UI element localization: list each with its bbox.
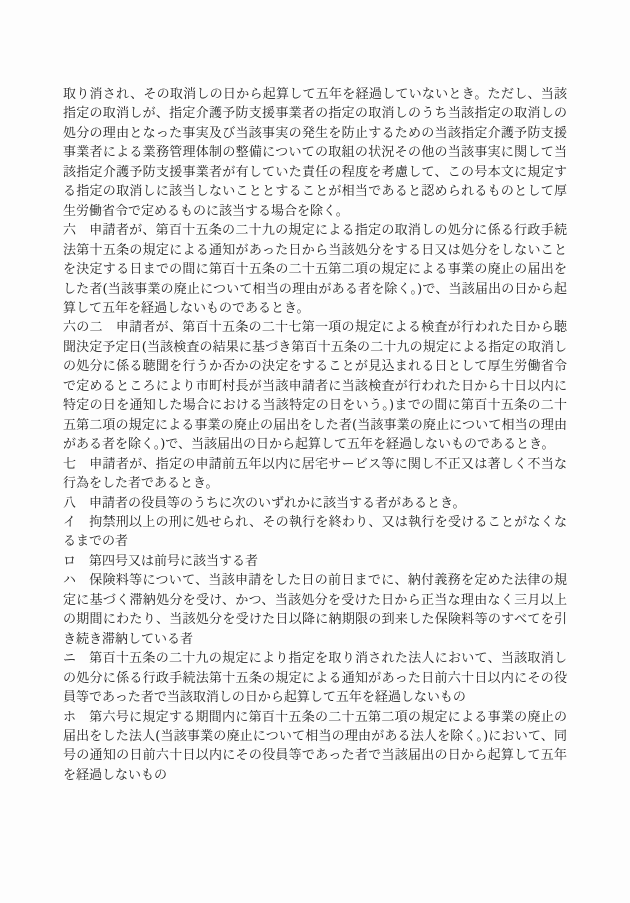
item-label: ハ xyxy=(63,573,76,588)
paragraph-item-ho: ホ第六号に規定する期間内に第百十五条の二十五第二項の規定による事業の廃止の届出を… xyxy=(63,708,567,786)
paragraph-item-6: 六申請者が、第百十五条の二十九の規定による指定の取消しの処分に係る行政手続法第十… xyxy=(63,221,567,318)
paragraph-text: 取り消され、その取消しの日から起算して五年を経過していないとき。ただし、当該指定… xyxy=(63,87,567,219)
paragraph-text: 第百十五条の二十九の規定により指定を取り消された法人において、当該取消しの処分に… xyxy=(63,651,567,705)
item-label: イ xyxy=(63,515,76,530)
document-page: 取り消され、その取消しの日から起算して五年を経過していないとき。ただし、当該指定… xyxy=(0,0,630,903)
item-label: ロ xyxy=(63,554,76,569)
item-label: 六の二 xyxy=(63,320,103,335)
item-label: 六 xyxy=(63,223,76,238)
item-label: ニ xyxy=(63,651,76,666)
paragraph-text: 申請者が、第百十五条の二十九の規定による指定の取消しの処分に係る行政手続法第十五… xyxy=(63,223,567,316)
paragraph-item-6-2: 六の二申請者が、第百十五条の二十七第一項の規定による検査が行われた日から聴聞決定… xyxy=(63,318,567,454)
paragraph-text: 保険料等について、当該申請をした日の前日までに、納付義務を定めた法律の規定に基づ… xyxy=(63,573,567,646)
item-label: 八 xyxy=(63,496,76,511)
paragraph-text: 申請者が、指定の申請前五年以内に居宅サービス等に関し不正又は著しく不当な行為をし… xyxy=(63,457,567,491)
paragraph-text: 第四号又は前号に該当する者 xyxy=(89,554,258,569)
item-label: 七 xyxy=(63,457,76,472)
paragraph-text: 申請者が、第百十五条の二十七第一項の規定による検査が行われた日から聴聞決定予定日… xyxy=(63,320,567,452)
paragraph-item-ro: ロ第四号又は前号に該当する者 xyxy=(63,552,567,571)
paragraph-text: 申請者の役員等のうちに次のいずれかに該当する者があるとき。 xyxy=(89,496,465,511)
paragraph-text: 第六号に規定する期間内に第百十五条の二十五第二項の規定による事業の廃止の届出をし… xyxy=(63,710,567,783)
paragraph-item-ha: ハ保険料等について、当該申請をした日の前日までに、納付義務を定めた法律の規定に基… xyxy=(63,571,567,649)
paragraph-continuation: 取り消され、その取消しの日から起算して五年を経過していないとき。ただし、当該指定… xyxy=(63,85,567,221)
paragraph-item-8: 八申請者の役員等のうちに次のいずれかに該当する者があるとき。 xyxy=(63,494,567,513)
paragraph-item-i: イ拘禁刑以上の刑に処せられ、その執行を終わり、又は執行を受けることがなくなるまで… xyxy=(63,513,567,552)
text-block: 取り消され、その取消しの日から起算して五年を経過していないとき。ただし、当該指定… xyxy=(63,85,567,785)
paragraph-item-7: 七申請者が、指定の申請前五年以内に居宅サービス等に関し不正又は著しく不当な行為を… xyxy=(63,455,567,494)
paragraph-item-ni: ニ第百十五条の二十九の規定により指定を取り消された法人において、当該取消しの処分… xyxy=(63,649,567,707)
paragraph-text: 拘禁刑以上の刑に処せられ、その執行を終わり、又は執行を受けることがなくなるまでの… xyxy=(63,515,567,549)
item-label: ホ xyxy=(63,710,76,725)
